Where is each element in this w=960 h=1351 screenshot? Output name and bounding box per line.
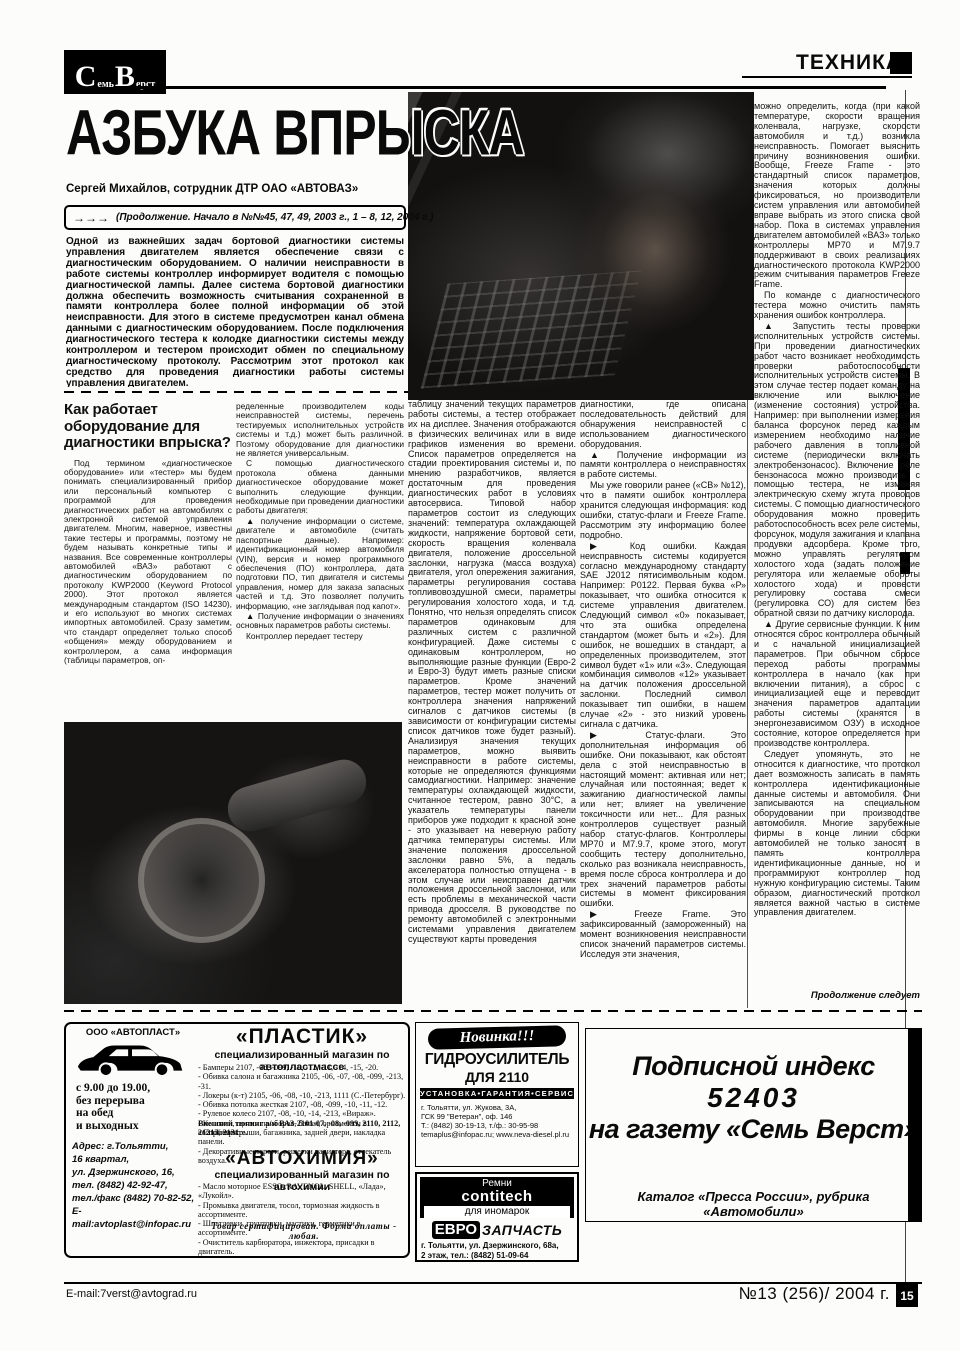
continuation-text: (Продолжение. Начало в №№45, 47, 49, 200… [116, 212, 434, 223]
hydro-title: ГИДРОУСИЛИТЕЛЬ [416, 1051, 578, 1069]
logo-letters-erst: ерст [136, 78, 155, 91]
evrozapchast-logo: ЕВРО ЗАПЧАСТЬ [417, 1221, 577, 1239]
article-title: АЗБУКА ВПРЫСКА [66, 96, 524, 170]
subscription-line-1: Подписной индекс [586, 1051, 921, 1082]
evro-address: г. Тольятти, ул. Дзержинского, 68а,2 эта… [417, 1239, 577, 1261]
hydro-services-bar: УСТАНОВКА•ГАРАНТИЯ•СЕРВИС [420, 1088, 574, 1099]
avtohimiya-title: «АВТОХИМИЯ» [196, 1148, 408, 1170]
article-subheading: Как работает оборудование для диагностик… [64, 402, 232, 452]
hydro-subtitle: ДЛЯ 2110 [416, 1069, 578, 1085]
article-column-5: можно определить, когда (при какой темпе… [754, 102, 920, 986]
catalog-line: Каталог «Пресса России», рубрика «Автомо… [586, 1189, 921, 1219]
column-1-text: Под термином «диагностическое оборудован… [64, 459, 232, 666]
section-label: ТЕХНИКА [796, 51, 902, 75]
footer-issue: №13 (256)/ 2004 г. [690, 1284, 890, 1304]
plastik-title: «ПЛАСТИК» [196, 1025, 408, 1049]
contitech-label: contitech [420, 1189, 574, 1204]
continuation-note: →→→ (Продолжение. Начало в №№45, 47, 49,… [64, 205, 406, 230]
car-icon [74, 1039, 190, 1079]
section-corner-square [890, 52, 912, 74]
hydro-contact-lines: г. Тольятти, ул. Жукова, 3А,ГСК 99 "Вете… [416, 1102, 578, 1140]
article-byline: Сергей Михайлов, сотрудник ДТР ОАО «АВТО… [66, 183, 358, 195]
hose-shape [223, 754, 372, 836]
avtohimiya-items: - Масло моторное ESSO, RAVENOL, SHELL, «… [198, 1182, 410, 1256]
subscription-ad: Подписной индекс 52403 на газету «Семь В… [585, 1028, 922, 1222]
avtoplast-address: Адрес: г.Тольятти,16 квартал,ул. Дзержин… [72, 1140, 196, 1231]
subscription-index: 52403 [586, 1082, 921, 1114]
avtoplast-ad: ООО «АВТОПЛАСТ» с 9.00 до 19.00,без пере… [64, 1022, 410, 1258]
newspaper-page: С емь В ерст ТЕХНИКА АЗБУКА ВПРЫСКА Серг… [0, 0, 960, 1351]
for-foreign-cars-label: для иномарок [424, 1206, 570, 1218]
subscription-right-bar [908, 1028, 922, 1222]
novinka-banner: Новинка!!! [428, 1025, 567, 1050]
logo-letter-c: С [75, 63, 97, 91]
air-filter-shape [138, 818, 265, 943]
arrows-icon: →→→ [73, 211, 109, 225]
evro-logo-left: ЕВРО [432, 1221, 480, 1239]
contitech-belts-header: Ремни contitech для иномарок [420, 1177, 574, 1218]
engine-bay-photo [64, 722, 402, 1004]
page-number-badge: 15 [896, 1284, 918, 1307]
evrozapchast-ad: Ремни contitech для иномарок ЕВРО ЗАПЧАС… [415, 1172, 579, 1262]
masthead-rule [120, 86, 886, 89]
article-column-1: Как работает оборудование для диагностик… [64, 402, 232, 720]
certification-line: Товар сертифицирован. Форма оплаты - люб… [198, 1221, 410, 1241]
footer-email: E-mail:7verst@avtograd.ru [66, 1288, 197, 1300]
hydro-booster-ad: Новинка!!! ГИДРОУСИЛИТЕЛЬ ДЛЯ 2110 УСТАН… [415, 1022, 579, 1167]
dashed-divider-bottom [64, 1010, 922, 1012]
article-column-3: таблицу значений текущих параметров рабо… [408, 400, 576, 1008]
hand-shape [578, 166, 734, 335]
subscription-line-3: на газету «Семь Верст» [586, 1114, 921, 1145]
article-column-4: диагностики, где описана последовательно… [580, 400, 746, 1008]
working-hours: с 9.00 до 19.00,без перерывана обеди вых… [76, 1082, 194, 1132]
company-name: ООО «АВТОПЛАСТ» [72, 1027, 194, 1038]
lead-paragraph: Одной из важнейших задач бортовой диагно… [66, 237, 404, 387]
to-be-continued: Продолжение следует [754, 990, 920, 1001]
logo-letters-emy: емь [97, 78, 114, 91]
evro-logo-right: ЗАПЧАСТЬ [482, 1222, 562, 1238]
section-underline [742, 76, 912, 78]
article-column-2: ределенные производителем коды неисправн… [236, 402, 404, 720]
